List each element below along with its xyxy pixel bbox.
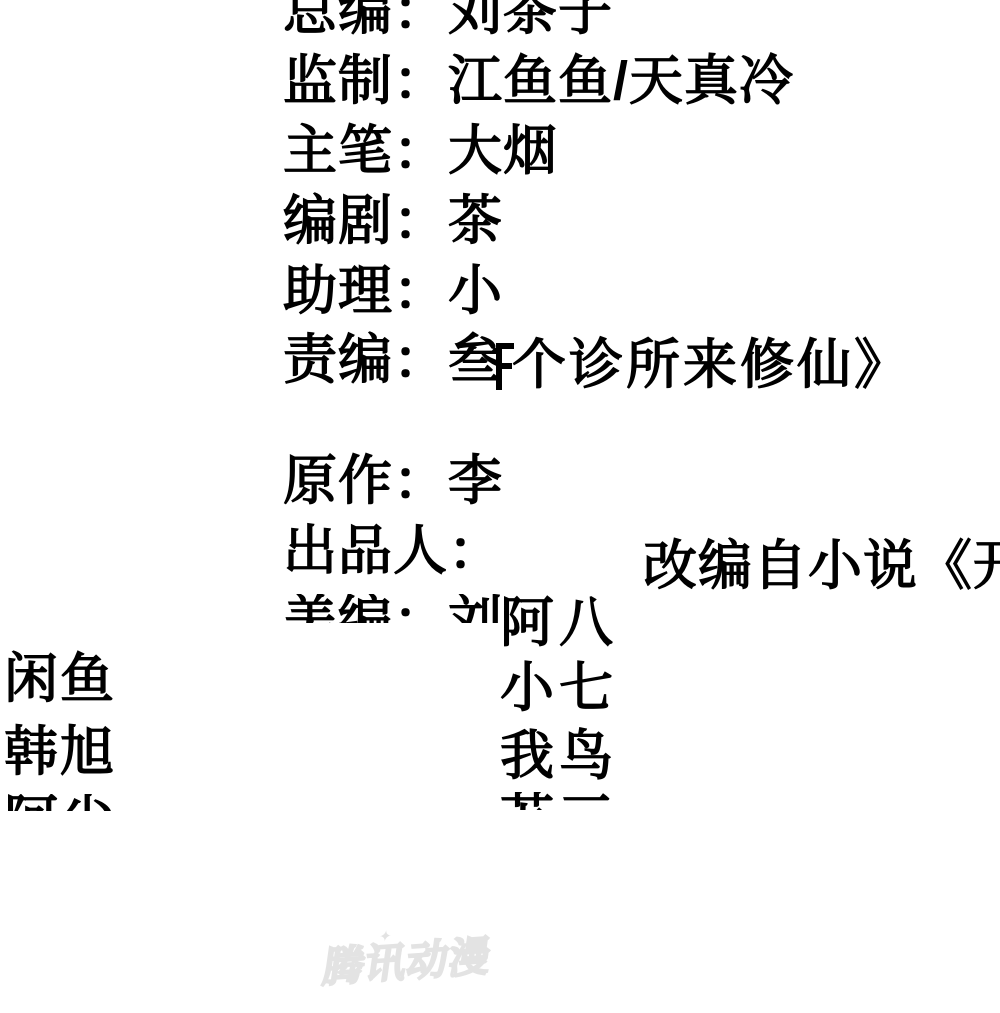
adaptation-note-lead-fragment: 改编自小说《开	[643, 539, 1000, 593]
credit-line-screenwriter: 编剧：茶	[283, 194, 503, 248]
right-name-4-clipped: 苏三	[500, 792, 630, 810]
right-name-2: 小七	[500, 661, 618, 715]
left-name-1: 闲鱼	[4, 652, 116, 706]
left-name-3-clipped: 阿尘	[4, 794, 134, 811]
credit-line-editor: 责编：叁	[283, 333, 503, 387]
credit-line-supervisor: 监制：江鱼鱼/天真冷	[283, 54, 794, 108]
left-name-2: 韩旭	[4, 725, 116, 779]
left-name-3: 阿尘	[4, 794, 134, 811]
watermark-text: 腾讯动漫	[320, 932, 494, 992]
tencent-comics-watermark: ✦ 腾讯动漫	[320, 932, 494, 992]
comic-credits-page: 总编：刘茶子 监制：江鱼鱼/天真冷 主笔：大烟 编剧：茶 助理：小 责编：叁 原…	[0, 0, 1000, 1013]
right-name-1: 阿八	[500, 596, 618, 650]
credit-line-original-author: 原作：李	[283, 454, 503, 508]
adaptation-note-title-fragment: 个诊所来修仙》	[512, 338, 911, 392]
credit-line-lead-artist: 主笔：大烟	[283, 124, 558, 178]
right-name-4: 苏三	[500, 792, 630, 810]
right-name-3: 我鸟	[500, 729, 618, 783]
credit-line-producer: 出品人：	[283, 524, 503, 578]
credit-line-assistant: 助理：小	[283, 264, 503, 318]
clipped-character-fragment	[494, 343, 514, 391]
credit-line-chief-editor: 总编：刘茶子	[283, 0, 613, 38]
